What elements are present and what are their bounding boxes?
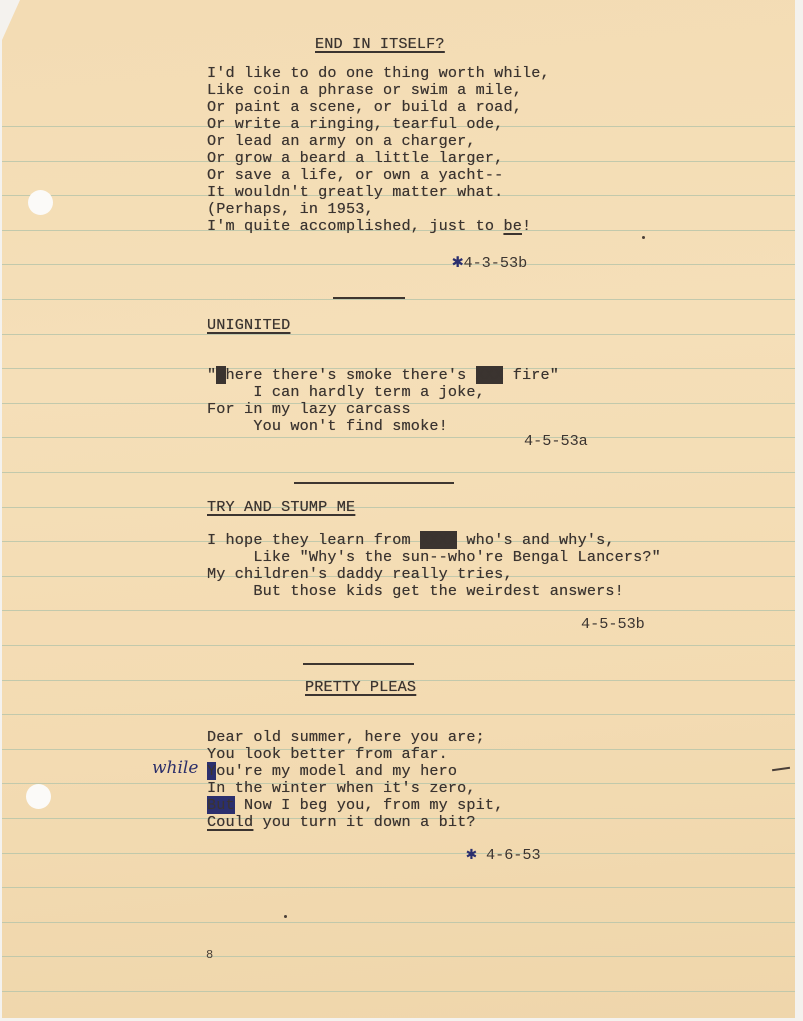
ruled-line	[2, 334, 795, 335]
poem-date: 4-5-53b	[581, 615, 645, 633]
asterisk-mark-icon: ✱	[452, 251, 463, 273]
poem-date: 4-5-53a	[524, 432, 588, 450]
poem-line-text: ou're my model and my hero	[216, 762, 457, 780]
poem-line: I hope they learn from XXXX who's and wh…	[207, 532, 615, 549]
poem-line-text: I hope they learn from	[207, 531, 420, 549]
stray-pencil-mark	[772, 767, 790, 771]
handwritten-annotation: while	[152, 758, 198, 778]
punch-hole-top	[28, 190, 53, 215]
punch-hole-bottom	[26, 784, 51, 809]
ruled-line	[2, 991, 795, 992]
poem-title: END IN ITSELF?	[315, 36, 445, 53]
poem-line: Could you turn it down a bit?	[207, 814, 476, 831]
poem-line: My children's daddy really tries,	[207, 566, 513, 583]
poem-date: ✱4-3-53b	[452, 250, 527, 273]
ruled-line	[2, 887, 795, 888]
poem-title: TRY AND STUMP ME	[207, 499, 369, 516]
poem-line: Or save a life, or own a yacht--	[207, 167, 503, 184]
ruled-line	[2, 264, 795, 265]
line-end: !	[522, 217, 531, 235]
poem-line: In the winter when it's zero,	[207, 780, 476, 797]
poem-line: Or grow a beard a little larger,	[207, 150, 503, 167]
poem-line: It wouldn't greatly matter what.	[207, 184, 503, 201]
ruled-line	[2, 437, 795, 438]
ruled-line	[2, 507, 795, 508]
struck-out-text: W	[216, 366, 225, 384]
poem-date: ✱ 4-6-53	[466, 843, 541, 865]
poem-line: You won't find smoke!	[207, 418, 448, 435]
section-divider	[333, 297, 405, 299]
ruled-line	[2, 922, 795, 923]
date-text: 4-6-53	[486, 846, 541, 864]
poem-line: But Now I beg you, from my spit,	[207, 797, 503, 814]
struck-out-text: Y	[207, 762, 216, 780]
poem-title: UNIGNITED	[207, 317, 290, 334]
quote-mark: "	[207, 366, 216, 384]
speck	[284, 915, 287, 918]
speck	[642, 236, 645, 239]
asterisk-mark-icon: ✱	[466, 845, 477, 865]
poem-line: For in my lazy carcass	[207, 401, 411, 418]
poem-line: (Perhaps, in 1953,	[207, 201, 374, 218]
poem-line-text: you turn it down a bit?	[253, 813, 475, 831]
poem-line-text: Now I beg you, from my spit,	[235, 796, 504, 814]
struck-out-text: XXXX	[420, 531, 457, 549]
poem-line: Or lead an army on a charger,	[207, 133, 476, 150]
struck-out-text: XXX	[476, 366, 504, 384]
ruled-line	[2, 853, 795, 854]
poem-line: "Where there's smoke there's XXX fire"	[207, 367, 559, 384]
ruled-line	[2, 645, 795, 646]
ruled-line	[2, 299, 795, 300]
lined-paper-page: END IN ITSELF? I'd like to do one thing …	[2, 0, 795, 1018]
poem-line: I'd like to do one thing worth while,	[207, 65, 550, 82]
poem-line: Like coin a phrase or swim a mile,	[207, 82, 522, 99]
date-text: 4-3-53b	[463, 254, 527, 272]
poem-line: But those kids get the weirdest answers!	[207, 583, 624, 600]
ruled-line	[2, 714, 795, 715]
poem-line-text: here there's smoke there's	[226, 366, 476, 384]
poem-line: Like "Why's the sun--who're Bengal Lance…	[207, 549, 661, 566]
poem-line: You're my model and my hero	[207, 763, 457, 780]
poem-line-text: I'm quite accomplished, just to	[207, 217, 503, 235]
poem-line: You look better from afar.	[207, 746, 448, 763]
ruled-line	[2, 472, 795, 473]
poem-line: I can hardly term a joke,	[207, 384, 485, 401]
section-divider	[303, 663, 414, 665]
section-divider	[294, 482, 454, 484]
poem-line: Or paint a scene, or build a road,	[207, 99, 522, 116]
emphasis-word: be	[503, 217, 522, 235]
ruled-line	[2, 610, 795, 611]
poem-line-text: fire"	[503, 366, 559, 384]
emphasis-word: Could	[207, 813, 253, 831]
page-marker: 8	[206, 948, 213, 962]
poem-line-text: who's and why's,	[457, 531, 615, 549]
ruled-line	[2, 956, 795, 957]
struck-out-text: But	[207, 796, 235, 814]
poem-line: Or write a ringing, tearful ode,	[207, 116, 503, 133]
poem-line: Dear old summer, here you are;	[207, 729, 485, 746]
poem-title: PRETTY PLEAS	[305, 679, 416, 696]
poem-line: I'm quite accomplished, just to be!	[207, 218, 531, 235]
